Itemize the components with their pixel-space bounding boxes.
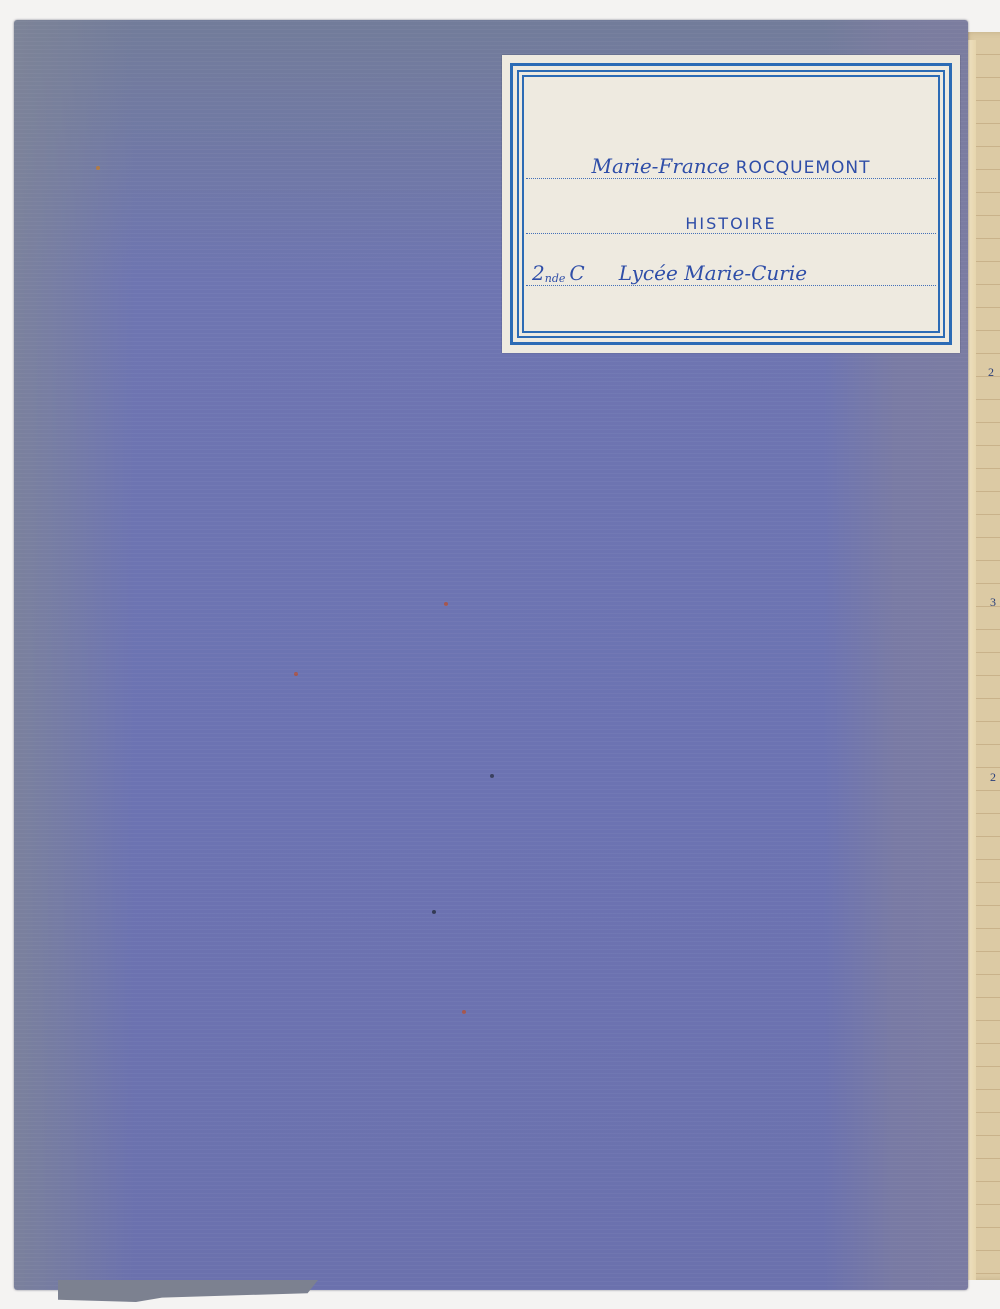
torn-cover-edge [58,1280,318,1302]
label-border [522,75,940,333]
label-line-class-school: 2nde C Lycée Marie-Curie [526,257,936,286]
class-suffix: nde [545,272,566,285]
page-edge-mark: 2 [988,365,994,380]
stain [444,602,448,606]
name-label: Marie-France ROCQUEMONT HISTOIRE 2nde C … [502,55,960,353]
stain [432,910,436,914]
subject: HISTOIRE [685,214,776,233]
page-edge-mark: 2 [990,770,996,785]
label-line-subject: HISTOIRE [526,205,936,234]
stain [490,774,494,778]
student-surname: ROCQUEMONT [736,158,871,178]
class-letter: C [569,261,584,285]
stain [462,1010,466,1014]
student-first-name: Marie-France [591,154,729,178]
label-line-name: Marie-France ROCQUEMONT [526,150,936,179]
page-edge-mark: 3 [990,595,996,610]
school-name: Lycée Marie-Curie [619,261,807,285]
class-number: 2 [532,261,545,285]
stain [294,672,298,676]
stain [96,166,100,170]
